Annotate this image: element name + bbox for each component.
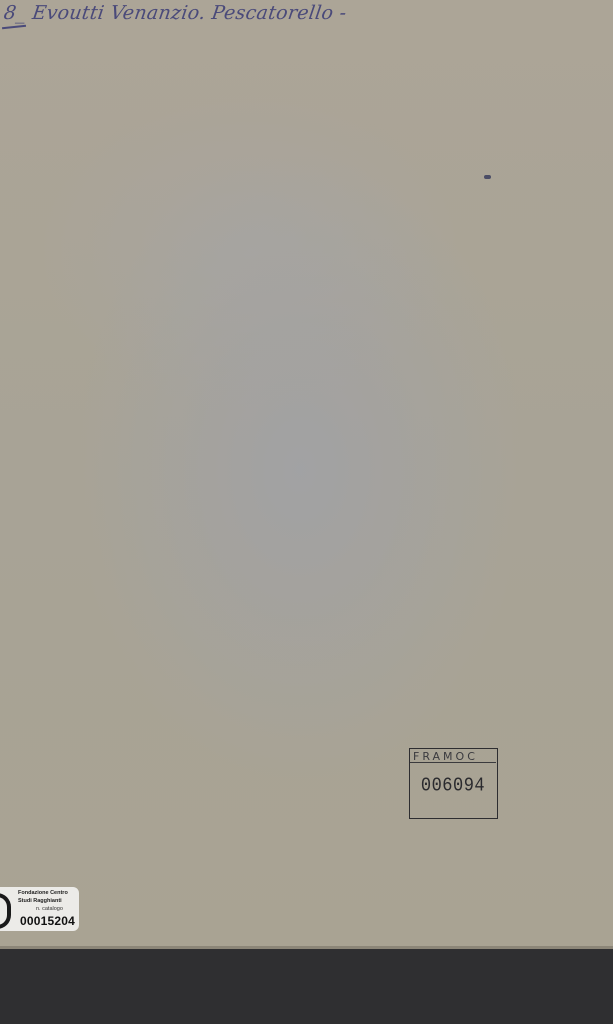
paper-sheet: 8_ Evoutti Venanzio. Pescatorello - FRAM… — [0, 0, 613, 947]
ink-speck — [484, 175, 491, 179]
handwritten-underline — [2, 25, 26, 29]
handwritten-header: 8_ Evoutti Venanzio. Pescatorello - — [2, 2, 348, 24]
foundation-logo-icon — [0, 893, 11, 929]
label-institution-line2: Studi Ragghianti — [18, 898, 62, 904]
stamp-number: 006094 — [410, 776, 496, 798]
label-catalog-caption: n. catalogo — [36, 906, 63, 912]
label-institution-line1: Fondazione Centro — [18, 890, 68, 896]
stamp-divider — [410, 762, 496, 763]
framoc-stamp: FRAMOC 006094 — [409, 748, 498, 819]
scan-background-band — [0, 949, 613, 1024]
catalog-label: Fondazione Centro Studi Ragghianti n. ca… — [0, 887, 79, 931]
label-catalog-number: 00015204 — [20, 914, 75, 928]
